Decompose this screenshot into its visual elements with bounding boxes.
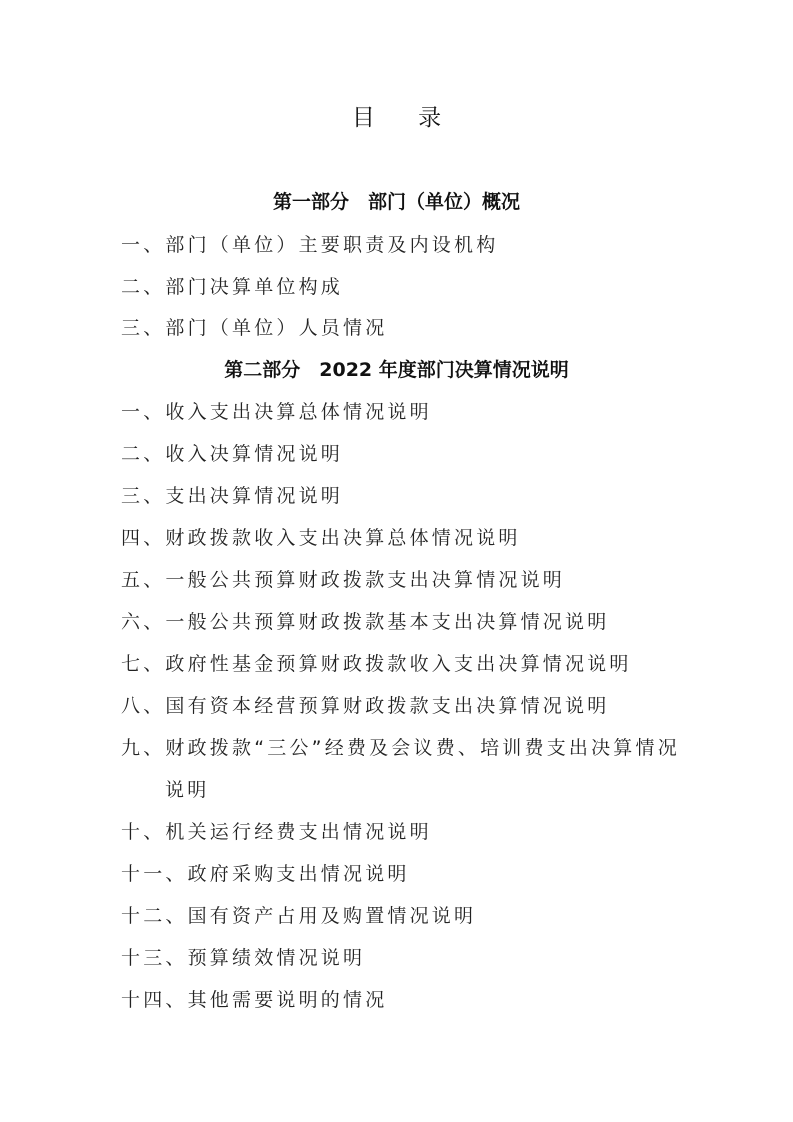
toc-item[interactable]: 九、财政拨款“三公”经费及会议费、培训费支出决算情况 说明: [121, 727, 681, 811]
toc-item[interactable]: 十、机关运行经费支出情况说明: [121, 811, 681, 853]
toc-item[interactable]: 三、部门（单位）人员情况: [121, 307, 681, 349]
toc-item-label: 支出决算情况说明: [165, 485, 343, 507]
toc-item[interactable]: 二、部门决算单位构成: [121, 266, 681, 308]
toc-item-number: 二、: [121, 276, 165, 298]
document-page: 目 录 第一部分 部门（单位）概况 一、部门（单位）主要职责及内设机构 二、部门…: [0, 0, 793, 1122]
toc-item-label: 国有资本经营预算财政拨款支出决算情况说明: [165, 695, 609, 717]
toc-item-number: 四、: [121, 527, 165, 549]
toc-item[interactable]: 三、支出决算情况说明: [121, 475, 681, 517]
toc-item-number: 三、: [121, 317, 165, 339]
toc-item[interactable]: 十三、预算绩效情况说明: [121, 937, 681, 979]
toc-item[interactable]: 一、部门（单位）主要职责及内设机构: [121, 224, 681, 266]
toc-item-number: 八、: [121, 695, 165, 717]
toc-item[interactable]: 五、一般公共预算财政拨款支出决算情况说明: [121, 559, 681, 601]
toc-item-label: 一般公共预算财政拨款支出决算情况说明: [165, 569, 565, 591]
toc-item-number: 一、: [121, 234, 165, 256]
toc-item-number: 十、: [121, 821, 165, 843]
toc-item-label: 收入决算情况说明: [165, 443, 343, 465]
toc-item[interactable]: 一、收入支出决算总体情况说明: [121, 391, 681, 433]
toc-item-number: 九、: [121, 737, 165, 759]
toc-item-label: 部门决算单位构成: [165, 276, 343, 298]
toc-item-number: 三、: [121, 485, 165, 507]
toc-item-label: 部门（单位）人员情况: [165, 317, 387, 339]
toc-item[interactable]: 八、国有资本经营预算财政拨款支出决算情况说明: [121, 685, 681, 727]
section-heading-part-one: 第一部分 部门（单位）概况: [0, 188, 793, 216]
page-title: 目 录: [0, 102, 793, 134]
toc-item-number: 七、: [121, 653, 165, 675]
toc-item-label: 预算绩效情况说明: [188, 947, 366, 969]
toc-item[interactable]: 十四、其他需要说明的情况: [121, 979, 681, 1021]
toc-item-label: 政府采购支出情况说明: [188, 863, 410, 885]
toc-item-label: 一般公共预算财政拨款基本支出决算情况说明: [165, 611, 609, 633]
toc-item-number: 一、: [121, 401, 165, 423]
toc-item-label: 财政拨款“三公”经费及会议费、培训费支出决算情况: [165, 737, 680, 759]
toc-item[interactable]: 七、政府性基金预算财政拨款收入支出决算情况说明: [121, 643, 681, 685]
toc-item-label: 政府性基金预算财政拨款收入支出决算情况说明: [165, 653, 631, 675]
toc-item-label: 部门（单位）主要职责及内设机构: [165, 234, 498, 256]
toc-item-number: 十二、: [121, 905, 188, 927]
toc-item-label: 收入支出决算总体情况说明: [165, 401, 431, 423]
toc-item-label: 其他需要说明的情况: [188, 989, 388, 1011]
toc-item-label-continuation: 说明: [121, 769, 681, 811]
toc-item[interactable]: 四、财政拨款收入支出决算总体情况说明: [121, 517, 681, 559]
toc-item-number: 十四、: [121, 989, 188, 1011]
toc-item-label: 机关运行经费支出情况说明: [165, 821, 431, 843]
toc-item-number: 十三、: [121, 947, 188, 969]
toc-item[interactable]: 六、一般公共预算财政拨款基本支出决算情况说明: [121, 601, 681, 643]
section-heading-part-two: 第二部分 2022 年度部门决算情况说明: [0, 356, 793, 384]
toc-item[interactable]: 二、收入决算情况说明: [121, 433, 681, 475]
toc-item-number: 十一、: [121, 863, 188, 885]
toc-item-number: 五、: [121, 569, 165, 591]
toc-item-number: 二、: [121, 443, 165, 465]
toc-item-label: 国有资产占用及购置情况说明: [188, 905, 477, 927]
toc-item-label: 财政拨款收入支出决算总体情况说明: [165, 527, 520, 549]
toc-item[interactable]: 十一、政府采购支出情况说明: [121, 853, 681, 895]
toc-item[interactable]: 十二、国有资产占用及购置情况说明: [121, 895, 681, 937]
toc-item-number: 六、: [121, 611, 165, 633]
